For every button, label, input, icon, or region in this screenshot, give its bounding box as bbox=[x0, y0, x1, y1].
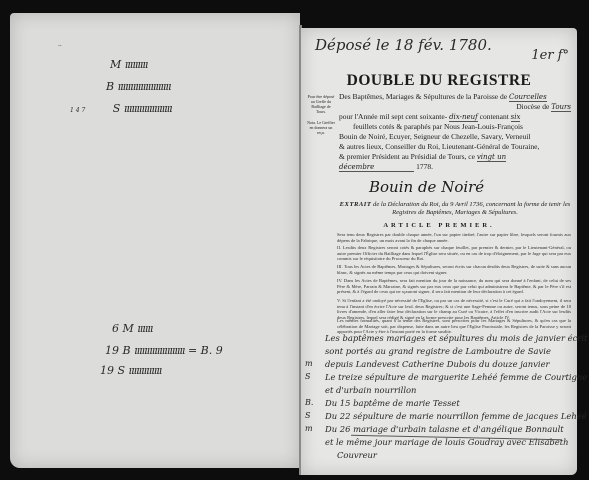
article-2: II. Lesdits deux Registres seront cotés … bbox=[337, 245, 571, 262]
article-heading: ARTICLE PREMIER. bbox=[301, 222, 577, 229]
summary-bottom-burials: 19 S ııııııııııııı bbox=[100, 364, 161, 377]
entry-line: B.Du 15 baptême de marie Tesset bbox=[325, 398, 575, 411]
handwritten-entries: Les baptêmes mariages et sépultures du m… bbox=[325, 333, 575, 463]
article-1: Sera tenu deux Registres par double chaq… bbox=[337, 232, 571, 243]
entry-line: Les baptêmes mariages et sépultures du m… bbox=[325, 333, 575, 346]
summary-bottom-baptisms: 19 B ıııııııııııııııııııı = B. 9 bbox=[105, 344, 223, 357]
left-note-dots: .. bbox=[58, 41, 62, 48]
left-page: .. M ııııııııı B ııııııııııııııııııııı 1… bbox=[10, 13, 300, 468]
header-line-5: Bouin de Noiré, Ecuyer, Seigneur de Chez… bbox=[339, 132, 571, 142]
entry-line: SDu 22 sépulture de marie nourrillon fem… bbox=[325, 411, 575, 424]
deposit-note: Déposé le 18 fév. 1780. bbox=[315, 36, 492, 54]
summary-bottom-marriages: 6 M ıııııı bbox=[112, 322, 152, 335]
entry-line: Couvreur bbox=[325, 450, 575, 463]
header-line-1: Des Baptêmes, Mariages & Sépultures de l… bbox=[339, 92, 571, 102]
summary-row-burials: 1 4 7 S ııııııııııııııııııı bbox=[70, 102, 172, 115]
summary-row-marriages: M ııııııııı bbox=[110, 58, 147, 71]
article-3: III. Tous les Actes de Baptêmes, Mariage… bbox=[337, 264, 571, 275]
extract-heading: EXTRAIT de la Déclaration du Roi, du 9 A… bbox=[339, 201, 571, 217]
margin-note-deposit: Pour être déposé au Greffe du Bailliage … bbox=[307, 94, 335, 114]
document-title: DOUBLE DU REGISTRE bbox=[301, 72, 577, 90]
header-line-4: feuillets cotés & paraphés par Nous Jean… bbox=[339, 122, 571, 132]
header-line-7: & premier Président au Présidial de Tour… bbox=[339, 152, 571, 162]
margin-note-receipt: Nota. Le Greffier en donnera un reçu. bbox=[307, 120, 335, 135]
signature: Bouin de Noiré bbox=[369, 178, 484, 196]
summary-row-baptisms: B ııııııııııııııııııııı bbox=[106, 80, 170, 93]
entry-line: mdepuis Landevest Catherine Dubois du do… bbox=[325, 359, 575, 372]
entry-line: et d'urbain nourrillon bbox=[325, 385, 575, 398]
header-line-8: décembre 1778. bbox=[339, 162, 571, 172]
entry-line: SLe treize sépulture de marguerite Lehéé… bbox=[325, 372, 575, 385]
header-line-6: & autres lieux, Conseiller du Roi, Lieut… bbox=[339, 142, 571, 152]
header-line-2: Diocèse de Tours bbox=[339, 102, 571, 112]
entry-line: sont portés au grand registre de Lambout… bbox=[325, 346, 575, 359]
header-line-3: pour l'Année mil sept cent soixante- dix… bbox=[339, 112, 571, 122]
article-4: IV. Dans les Actes de Baptêmes, sera fai… bbox=[337, 278, 571, 295]
right-page: Déposé le 18 fév. 1780. 1er f° DOUBLE DU… bbox=[301, 28, 577, 475]
folio-number: 1er f° bbox=[531, 48, 569, 63]
